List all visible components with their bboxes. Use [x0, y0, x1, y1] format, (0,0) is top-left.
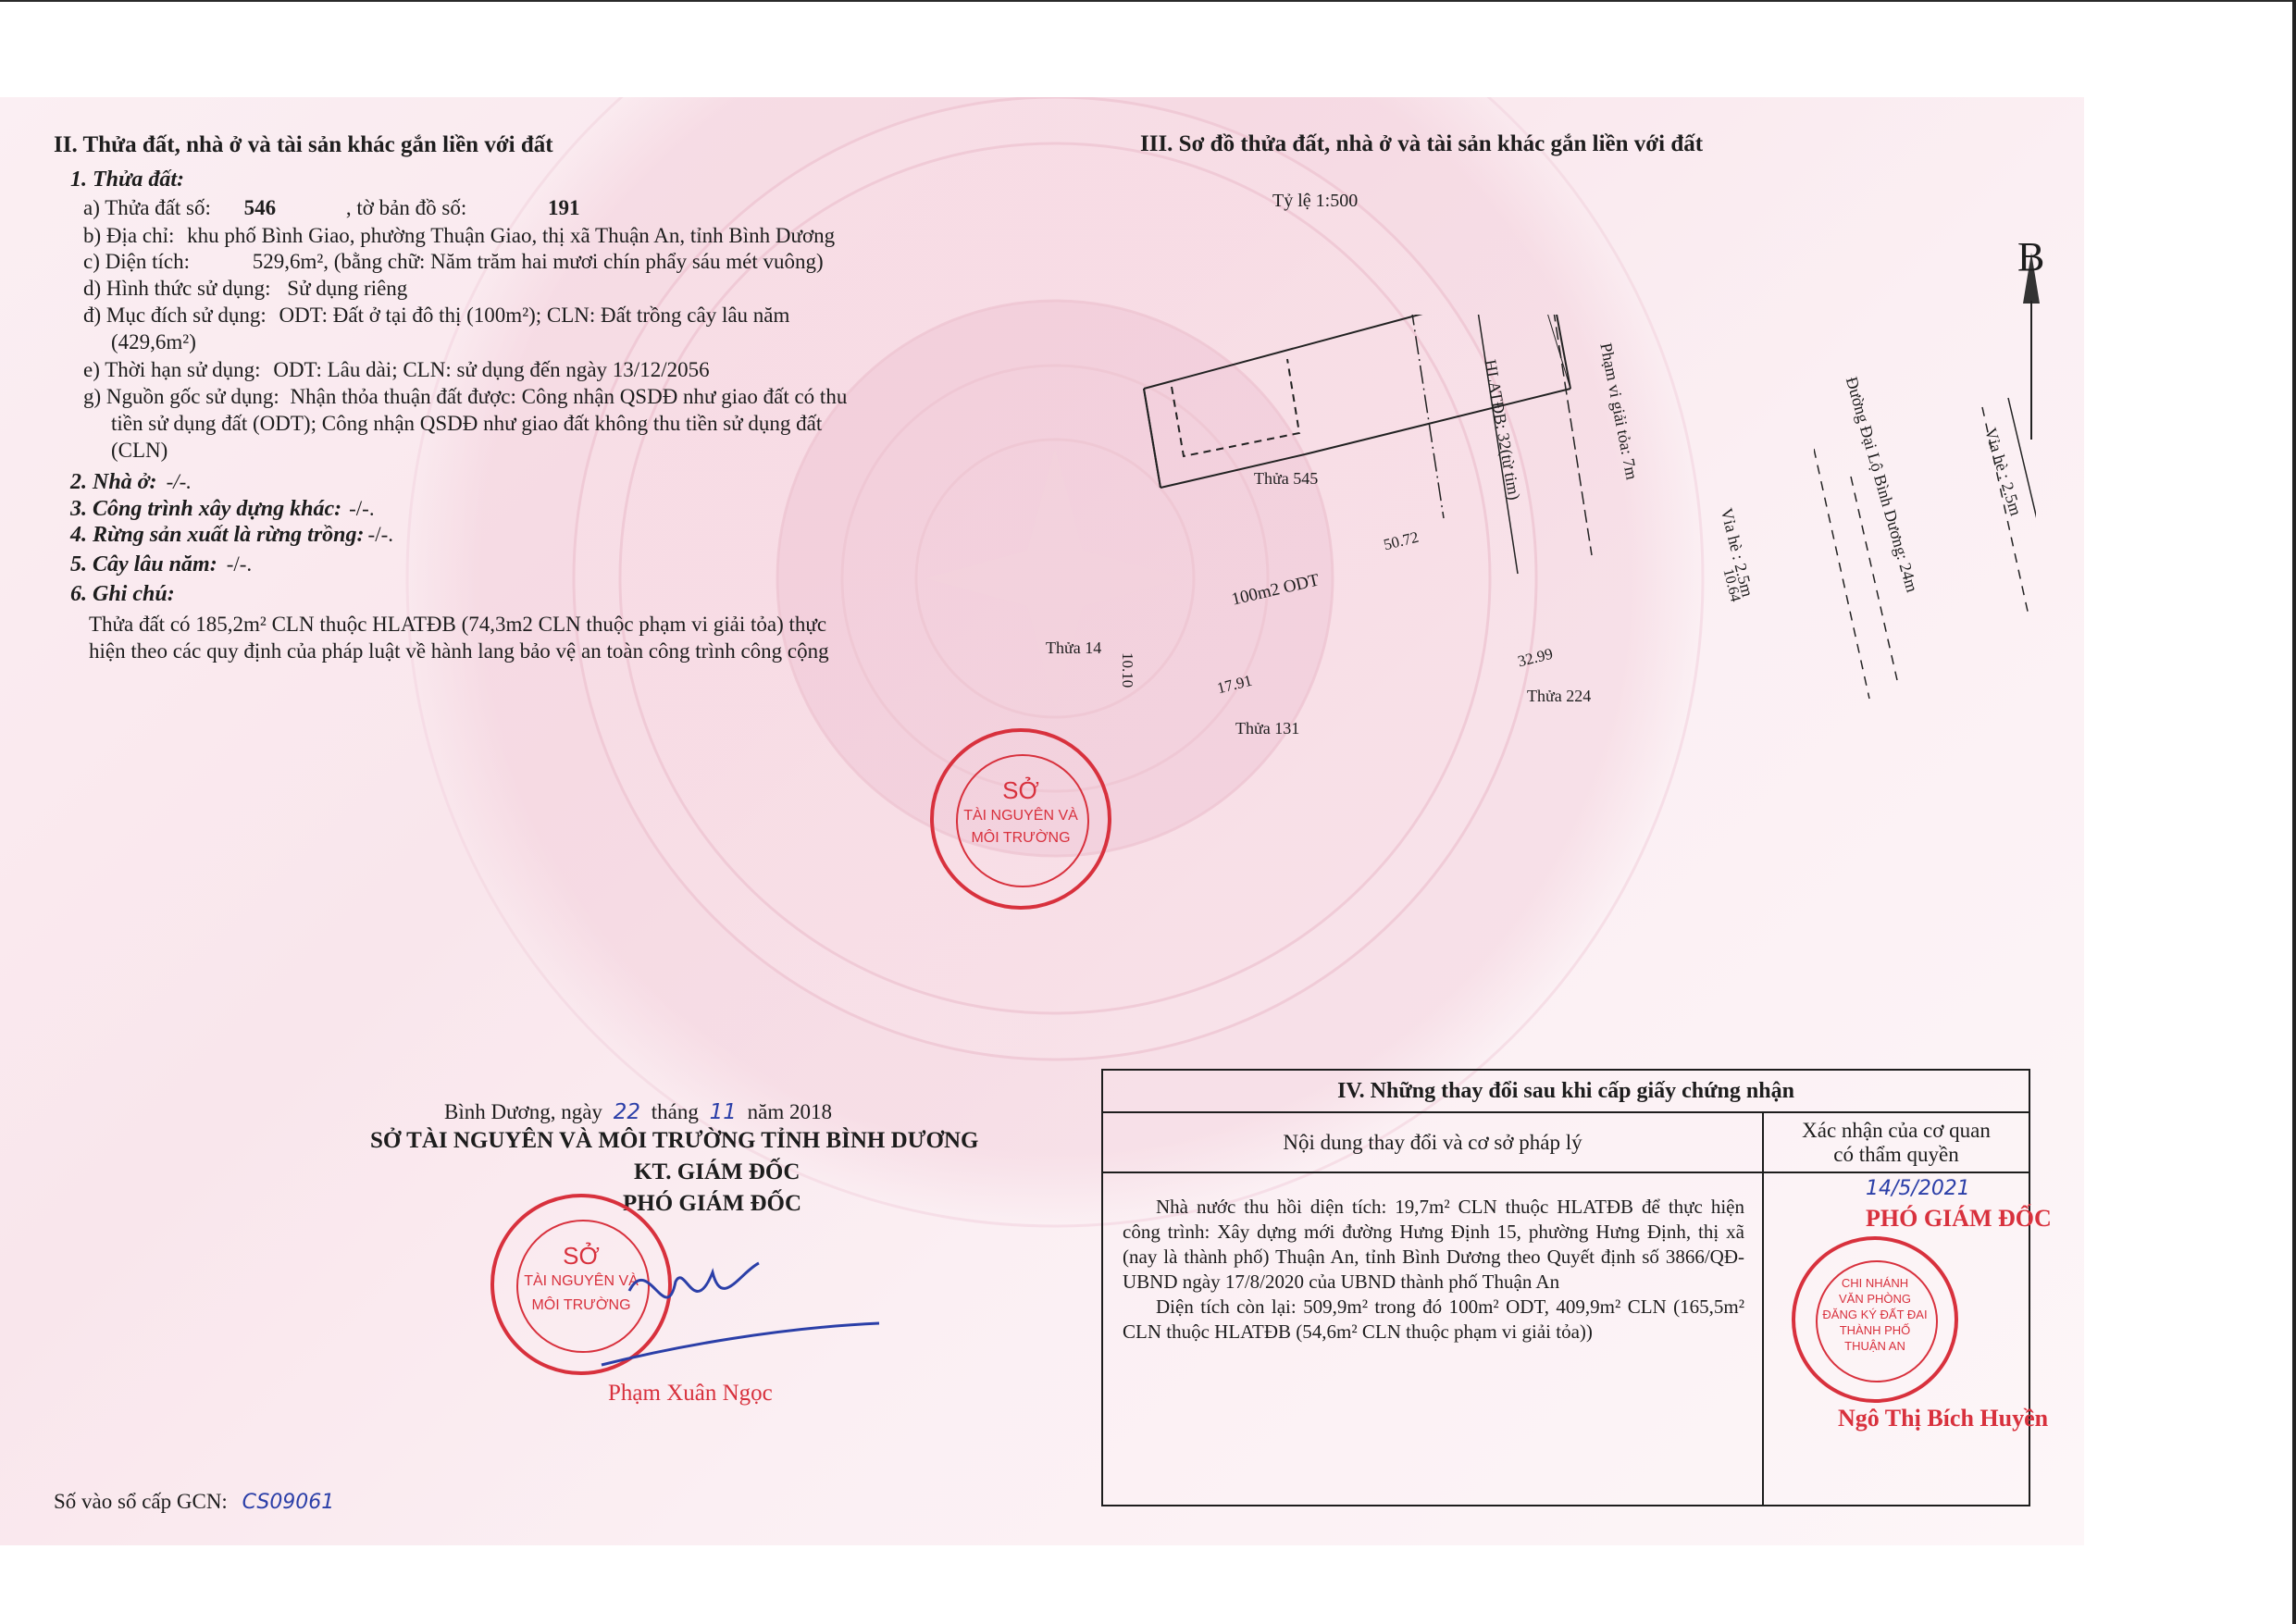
- parcel-row: a) Thửa đất số: 546 , tờ bản đồ số: 191: [83, 196, 579, 220]
- change-entry-confirmation: 14/5/2021 PHÓ GIÁM ĐỐC CHI NHÁNH VĂN PHÒ…: [1763, 1172, 2029, 1506]
- col-confirm-header: Xác nhận của cơ quan có thẩm quyền: [1763, 1112, 2029, 1172]
- change-entry-content: Nhà nước thu hồi diện tích: 19,7m² CLN t…: [1102, 1172, 1763, 1506]
- area-row: c) Diện tích: 529,6m², (bằng chữ: Năm tr…: [83, 250, 824, 274]
- notes-line-2: hiện theo các quy định của pháp luật về …: [89, 639, 829, 663]
- registry-stamp-text: CHI NHÁNH VĂN PHÒNG ĐĂNG KÝ ĐẤT ĐAI THÀN…: [1795, 1275, 1955, 1354]
- house-row: 2. Nhà ở: -/-.: [70, 470, 192, 495]
- origin-label: g) Nguồn gốc sử dụng:: [83, 385, 279, 408]
- parcel-number: 546: [244, 196, 277, 219]
- confirm-date: 14/5/2021: [1866, 1177, 1970, 1200]
- label-parcel-131: Thửa 131: [1235, 719, 1299, 738]
- other-construction-value: -/-.: [349, 497, 374, 520]
- change-entry-para-1: Nhà nước thu hồi diện tích: 19,7m² CLN t…: [1104, 1174, 1761, 1295]
- signer-name: Phạm Xuân Ngọc: [608, 1381, 773, 1407]
- on-behalf: KT. GIÁM ĐỐC: [634, 1159, 800, 1185]
- usage-form-label: d) Hình thức sử dụng:: [83, 277, 271, 300]
- registry-stamp-line-3: ĐĂNG KÝ ĐẤT ĐAI: [1795, 1307, 1955, 1322]
- production-forest-heading: 4. Rừng sản xuất là rừng trồng:: [70, 523, 365, 547]
- label-parcel-545: Thửa 545: [1254, 469, 1318, 489]
- parcel-label: a) Thửa đất số:: [83, 196, 211, 219]
- confirm-signer: Ngô Thị Bích Huyền: [1838, 1405, 2048, 1432]
- purpose-row: đ) Mục đích sử dụng: ODT: Đất ở tại đô t…: [83, 304, 789, 328]
- perennial-trees-value: -/-.: [227, 552, 252, 576]
- stamp-center-3: MÔI TRƯỜNG: [934, 828, 1108, 849]
- notes-line-1: Thửa đất có 185,2m² CLN thuộc HLATĐB (74…: [89, 613, 826, 637]
- address-row: b) Địa chỉ: khu phố Bình Giao, phường Th…: [83, 224, 835, 248]
- purpose-value-cont: (429,6m²): [111, 330, 196, 354]
- address-label: b) Địa chỉ:: [83, 224, 174, 247]
- other-construction-row: 3. Công trình xây dựng khác: -/-.: [70, 497, 375, 522]
- confirm-role: PHÓ GIÁM ĐỐC: [1866, 1205, 2052, 1233]
- production-forest-row: 4. Rừng sản xuất là rừng trồng: -/-.: [70, 523, 393, 548]
- registry-office-stamp: CHI NHÁNH VĂN PHÒNG ĐĂNG KÝ ĐẤT ĐAI THÀN…: [1792, 1236, 1958, 1403]
- other-construction-heading: 3. Công trình xây dựng khác:: [70, 497, 341, 521]
- map-sheet-label: , tờ bản đồ số:: [346, 196, 466, 219]
- changes-table: IV. Những thay đổi sau khi cấp giấy chứn…: [1101, 1069, 2030, 1506]
- origin-value-cont2: (CLN): [111, 439, 168, 463]
- signer-role: PHÓ GIÁM ĐỐC: [623, 1191, 801, 1217]
- origin-row: g) Nguồn gốc sử dụng: Nhận thỏa thuận đấ…: [83, 385, 847, 409]
- production-forest-value: -/-.: [368, 523, 393, 546]
- year-label: năm 2018: [748, 1100, 832, 1123]
- north-label: B: [2017, 233, 2044, 280]
- section-2-title: II. Thửa đất, nhà ở và tài sản khác gắn …: [54, 132, 553, 158]
- date-month: 11: [710, 1100, 737, 1124]
- stamp-center-2: TÀI NGUYÊN VÀ: [934, 806, 1108, 826]
- change-entry-para-2: Diện tích còn lại: 509,9m² trong đó 100m…: [1104, 1295, 1761, 1345]
- place-date: Bình Dương, ngày 22 tháng 11 năm 2018: [444, 1100, 832, 1124]
- registry-stamp-line-1: CHI NHÁNH: [1795, 1275, 1955, 1291]
- department-stamp-plan: SỞ TÀI NGUYÊN VÀ MÔI TRƯỜNG: [930, 728, 1111, 910]
- registry-row: Số vào sổ cấp GCN: CS09061: [54, 1490, 334, 1514]
- map-sheet-number: 191: [548, 196, 580, 219]
- notes-heading: 6. Ghi chú:: [70, 582, 175, 607]
- registry-stamp-line-5: THUẬN AN: [1795, 1338, 1955, 1354]
- certificate-page: II. Thửa đất, nhà ở và tài sản khác gắn …: [0, 97, 2084, 1545]
- section-4-title: IV. Những thay đổi sau khi cấp giấy chứn…: [1102, 1070, 2029, 1112]
- label-parcel-224: Thửa 224: [1527, 687, 1591, 706]
- stamp-center-1: SỞ: [934, 776, 1108, 804]
- col-content-header: Nội dung thay đổi và cơ sở pháp lý: [1102, 1112, 1763, 1172]
- origin-value-cont: tiền sử dụng đất (ODT); Công nhận QSDĐ n…: [111, 412, 822, 436]
- perennial-trees-heading: 5. Cây lâu năm:: [70, 552, 217, 576]
- label-parcel-14: Thửa 14: [1046, 638, 1101, 658]
- issuing-agency: SỞ TÀI NGUYÊN VÀ MÔI TRƯỜNG TỈNH BÌNH DƯ…: [370, 1128, 979, 1154]
- place-date-prefix: Bình Dương, ngày: [444, 1100, 602, 1123]
- area-value: 529,6m², (bằng chữ: Năm trăm hai mươi ch…: [253, 250, 824, 273]
- registry-stamp-line-4: THÀNH PHỐ: [1795, 1322, 1955, 1338]
- scan-right-edge: [2292, 0, 2296, 1624]
- house-value: -/-.: [167, 470, 192, 493]
- month-label: tháng: [652, 1100, 699, 1123]
- term-value: ODT: Lâu dài; CLN: sử dụng đến ngày 13/1…: [273, 358, 709, 381]
- dim-west-edge: 10.10: [1118, 652, 1136, 688]
- address-value: khu phố Bình Giao, phường Thuận Giao, th…: [187, 224, 835, 247]
- scale-label: Tỷ lệ 1:500: [1272, 191, 1358, 212]
- land-heading: 1. Thửa đất:: [70, 167, 184, 192]
- perennial-trees-row: 5. Cây lâu năm: -/-.: [70, 552, 252, 577]
- purpose-label: đ) Mục đích sử dụng:: [83, 304, 267, 327]
- registry-stamp-line-2: VĂN PHÒNG: [1795, 1291, 1955, 1307]
- signature-scribble: [592, 1235, 888, 1383]
- dim-south-west: 17.91: [1215, 672, 1254, 699]
- col-confirm-line-2: có thẩm quyền: [1765, 1143, 2028, 1167]
- usage-form-row: d) Hình thức sử dụng: Sử dụng riêng: [83, 277, 407, 301]
- purpose-value: ODT: Đất ở tại đô thị (100m²); CLN: Đất …: [279, 304, 789, 327]
- date-day: 22: [614, 1100, 640, 1124]
- section-3-title: III. Sơ đồ thửa đất, nhà ở và tài sản kh…: [1140, 131, 1703, 157]
- term-row: e) Thời hạn sử dụng: ODT: Lâu dài; CLN: …: [83, 358, 710, 382]
- usage-form-value: Sử dụng riêng: [287, 277, 407, 300]
- registry-value: CS09061: [242, 1491, 335, 1514]
- col-confirm-line-1: Xác nhận của cơ quan: [1765, 1119, 2028, 1143]
- road-lines: [1814, 310, 2036, 708]
- house-heading: 2. Nhà ở:: [70, 470, 157, 494]
- term-label: e) Thời hạn sử dụng:: [83, 358, 261, 381]
- origin-value: Nhận thỏa thuận đất được: Công nhận QSDĐ…: [291, 385, 848, 408]
- area-label: c) Diện tích:: [83, 250, 190, 273]
- scan-top-edge: [0, 0, 2296, 2]
- registry-label: Số vào sổ cấp GCN:: [54, 1490, 228, 1513]
